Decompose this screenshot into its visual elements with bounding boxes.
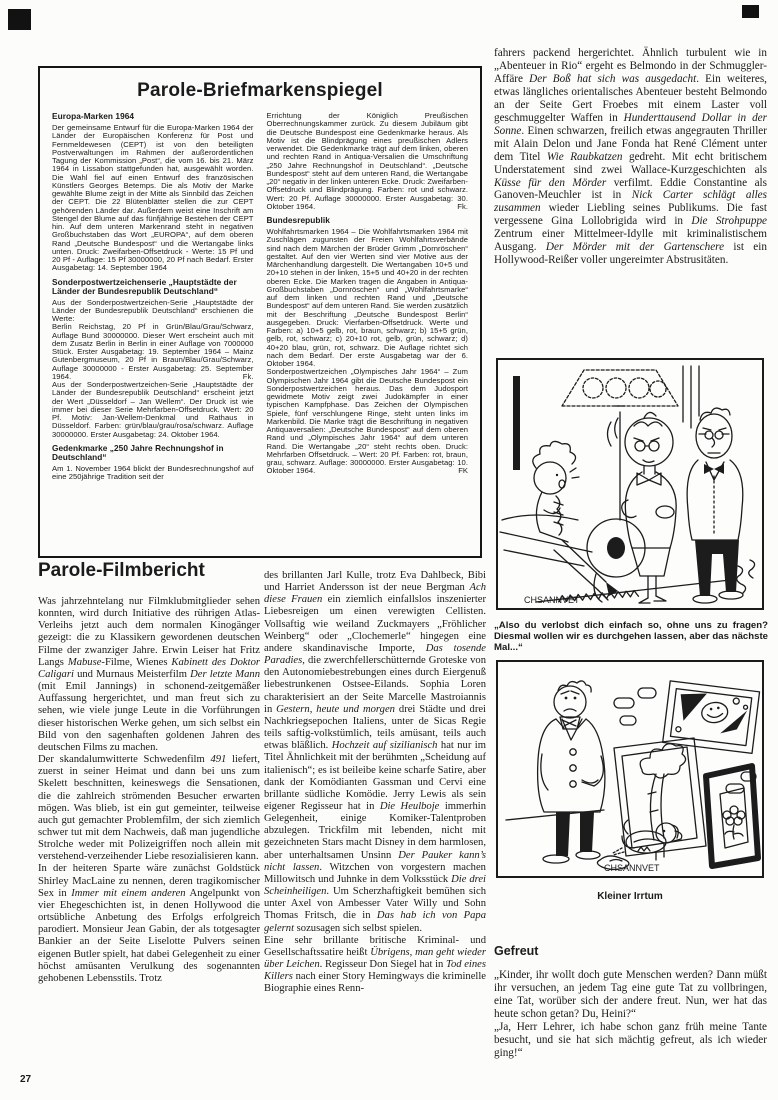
paragraph: fahrers packend hergerichtet. Ähnlich tu… (494, 47, 767, 267)
door-frame-lines (683, 366, 699, 428)
curtain-bar (513, 376, 520, 470)
leaning-flower-picture (706, 766, 758, 866)
cartoonist-signature: CHSANNVET (524, 595, 580, 605)
cartoon-engagement-caption: „Also du verlobst dich einfach so, ohne … (494, 620, 768, 653)
paragraph: des brillanten Jarl Kulle, trotz Eva Dah… (264, 570, 486, 935)
gefreut-heading: Gefreut (494, 944, 538, 958)
film-report-heading: Parole-Filmbericht (38, 560, 205, 582)
paragraph: Aus der Sonderpostwertzeichen-Serie „Hau… (52, 381, 254, 439)
standing-father (687, 408, 743, 603)
stamp-box-columns: Europa-Marken 1964Der gemeinsame Entwurf… (52, 112, 468, 481)
sofa (500, 515, 645, 602)
man-in-coat (538, 681, 605, 863)
subheading: Sonderpostwertzeichenserie „Hauptstädte … (52, 278, 254, 296)
paragraph: Der gemeinsame Entwurf für die Europa-Ma… (52, 124, 254, 273)
paragraph: „Kinder, ihr wollt doch gute Menschen we… (494, 969, 767, 1021)
paragraph: Wohlfahrtsmarken 1964 – Die Wohlfahrtsma… (267, 228, 469, 368)
paragraph: Eine sehr brillante britische Kriminal- … (264, 935, 486, 996)
stamp-box-column-2: Errichtung der Königlich Preußischen Obe… (267, 112, 469, 481)
film-report-column-1: Was jahrzehntelang nur Filmklubmitgliede… (38, 596, 260, 1095)
cartoon-small-error-illustration: CHSANNVET (498, 662, 762, 876)
paragraph: Sonderpostwertzeichen „Olympisches Jahr … (267, 368, 469, 475)
print-registration-mark-right (742, 5, 759, 18)
magazine-page: Parole-Briefmarkenspiegel Europa-Marken … (0, 0, 778, 1100)
gefreut-body: „Kinder, ihr wollt doch gute Menschen we… (494, 969, 767, 1060)
paragraph: Am 1. November 1964 blickt der Bundesrec… (52, 465, 254, 482)
cartoon-small-error-drawing: CHSANNVET (496, 660, 764, 878)
paragraph: Aus der Sonderpostwertzeichen-Serie „Hau… (52, 299, 254, 324)
cartoon-engagement-drawing: CHSANNVET (496, 358, 764, 610)
subheading: Gedenkmarke „250 Jahre Rechnungshof in D… (52, 444, 254, 462)
crooked-abstract-picture (663, 681, 760, 754)
stamp-box-title: Parole-Briefmarkenspiegel (52, 80, 468, 102)
paragraph: Was jahrzehntelang nur Filmklubmitgliede… (38, 596, 260, 754)
cartoon-engagement-illustration: CHSANNVET (498, 360, 762, 608)
floor-lamp (562, 370, 678, 520)
film-report-continuation: fahrers packend hergerichtet. Ähnlich tu… (494, 47, 767, 267)
print-registration-mark-left (8, 9, 31, 30)
cartoonist-signature: CHSANNVET (604, 863, 660, 873)
page-number: 27 (20, 1074, 31, 1085)
paragraph: In der heiteren Sparte wäre zunächst Gol… (38, 863, 260, 985)
stamp-report-box: Parole-Briefmarkenspiegel Europa-Marken … (38, 66, 482, 558)
film-report-column-2: des brillanten Jarl Kulle, trotz Eva Dah… (264, 570, 486, 1095)
paragraph: Berlin Reichstag, 20 Pf in Grün/Blau/Gra… (52, 323, 254, 381)
paragraph: Errichtung der Königlich Preußischen Obe… (267, 112, 469, 211)
standing-mother (608, 412, 677, 603)
cartoon-small-error-caption: Kleiner Irrtum (494, 891, 766, 902)
subheading: Bundesrepublik (267, 216, 469, 225)
stamp-box-column-1: Europa-Marken 1964Der gemeinsame Entwurf… (52, 112, 254, 481)
paragraph: Der skandalumwitterte Schwedenfilm 491 l… (38, 754, 260, 863)
paragraph: „Ja, Herr Lehrer, ich habe schon ganz fr… (494, 1021, 767, 1060)
subheading: Europa-Marken 1964 (52, 112, 254, 121)
